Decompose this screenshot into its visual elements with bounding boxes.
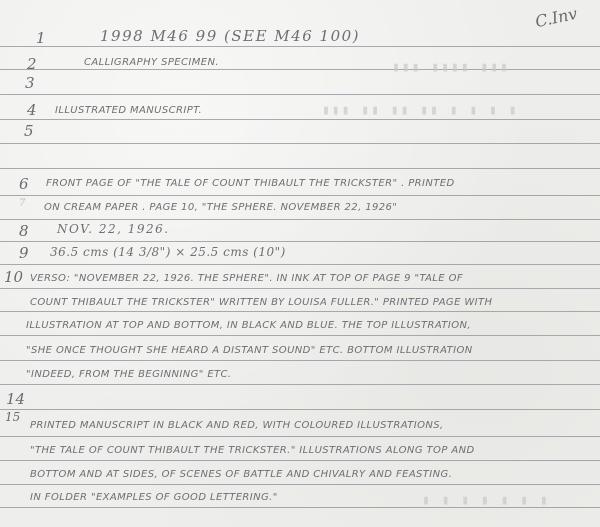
field-number: 9 [19,244,29,262]
ruled-line [0,46,600,47]
ruled-line [0,143,600,144]
verso-line: ILLUSTRATION AT TOP AND BOTTOM, IN BLACK… [26,320,471,331]
verso-line: VERSO: "NOVEMBER 22, 1926. THE SPHERE". … [30,273,463,284]
field-number: 14 [6,390,25,408]
field-number: 10 [4,268,23,286]
ruled-line [0,288,600,289]
verso-line: COUNT THIBAULT THE TRICKSTER" WRITTEN BY… [30,297,492,308]
ruled-line [0,409,600,410]
ruled-line [0,436,600,437]
notes-line: "THE TALE OF COUNT THIBAULT THE TRICKSTE… [30,445,475,456]
field-number: 2 [27,55,37,73]
show-through-marks: ▮ ▮ ▮ ▮ ▮▮ ▮▮ ▮▮ ▮▮▮ [320,103,517,118]
verso-line: "INDEED, FROM THE BEGINNING" ETC. [26,369,232,380]
paper-sheet: ▮▮▮ ▮▮▮▮ ▮▮▮ ▮ ▮ ▮ ▮ ▮▮ ▮▮ ▮▮ ▮▮▮ ▮ ▮ ▮ … [0,0,600,527]
ruled-line [0,241,600,242]
description-line: ON CREAM PAPER . PAGE 10, "THE SPHERE. N… [44,202,397,213]
ruled-line [0,484,600,485]
ruled-line [0,69,600,70]
field-number: 15 [5,410,20,424]
ruled-line [0,168,600,169]
field-number: 7 [19,198,25,209]
accession-number: 1998 M46 99 (SEE M46 100) [100,27,360,45]
notes-line: PRINTED MANUSCRIPT IN BLACK AND RED, WIT… [30,420,444,431]
show-through-marks: ▮ ▮ ▮ ▮ ▮ ▮ ▮ [420,493,548,508]
ruled-line [0,460,600,461]
ruled-line [0,384,600,385]
dimensions: 36.5 cms (14 3/8") × 25.5 cms (10") [50,245,286,259]
ruled-line [0,219,600,220]
ruled-line [0,94,600,95]
field-number: 4 [27,101,37,119]
object-title: ILLUSTRATED MANUSCRIPT. [55,105,202,116]
ruled-line [0,311,600,312]
show-through-marks: ▮▮▮ ▮▮▮▮ ▮▮▮ [390,60,508,75]
ruled-line [0,360,600,361]
description-line: FRONT PAGE OF "THE TALE OF COUNT THIBAUL… [46,178,455,189]
ruled-line [0,195,600,196]
field-number: 3 [25,74,35,92]
field-number: 1 [36,29,46,47]
notes-line: IN FOLDER "EXAMPLES OF GOOD LETTERING." [30,492,278,503]
corner-annotation: C.Inv [533,4,578,31]
field-number: 8 [19,222,29,240]
notes-line: BOTTOM AND AT SIDES, OF SCENES OF BATTLE… [30,469,452,480]
field-number: 6 [19,175,29,193]
object-type: CALLIGRAPHY SPECIMEN. [84,57,219,68]
field-number: 5 [24,122,34,140]
ruled-line [0,335,600,336]
ruled-line [0,264,600,265]
date: NOV. 22, 1926. [57,222,170,236]
ruled-line [0,119,600,120]
verso-line: "SHE ONCE THOUGHT SHE HEARD A DISTANT SO… [26,345,473,356]
